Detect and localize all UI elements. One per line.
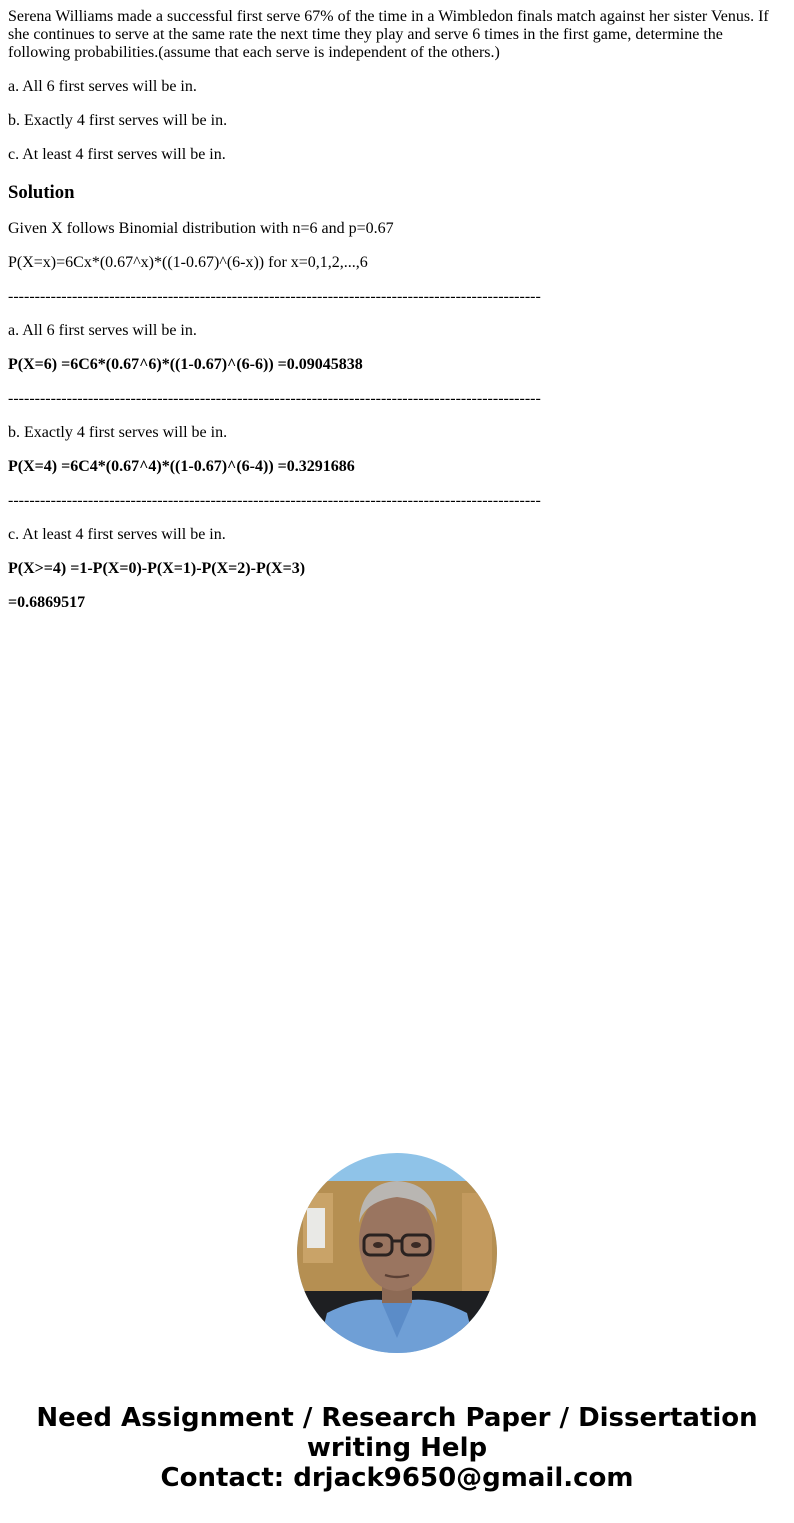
question-option-c: c. At least 4 first serves will be in. bbox=[8, 146, 786, 164]
part-c-answer-line2: =0.6869517 bbox=[8, 594, 786, 612]
part-b-label: b. Exactly 4 first serves will be in. bbox=[8, 424, 786, 442]
question-text: Serena Williams made a successful first … bbox=[8, 8, 786, 62]
part-c-label: c. At least 4 first serves will be in. bbox=[8, 526, 786, 544]
divider: ----------------------------------------… bbox=[8, 390, 786, 408]
part-b-answer: P(X=4) =6C4*(0.67^4)*((1-0.67)^(6-4)) =0… bbox=[8, 458, 786, 476]
portrait-icon bbox=[297, 1153, 497, 1353]
divider: ----------------------------------------… bbox=[8, 288, 786, 306]
promo-line-2: writing Help bbox=[0, 1433, 794, 1463]
document-content: Serena Williams made a successful first … bbox=[8, 0, 786, 612]
solution-heading: Solution bbox=[8, 182, 786, 204]
promo-banner: Need Assignment / Research Paper / Disse… bbox=[0, 1403, 794, 1493]
question-option-a: a. All 6 first serves will be in. bbox=[8, 78, 786, 96]
promo-contact: Contact: drjack9650@gmail.com bbox=[0, 1463, 794, 1493]
part-a-label: a. All 6 first serves will be in. bbox=[8, 322, 786, 340]
question-option-b: b. Exactly 4 first serves will be in. bbox=[8, 112, 786, 130]
promo-line-1: Need Assignment / Research Paper / Disse… bbox=[0, 1403, 794, 1433]
part-a-answer: P(X=6) =6C6*(0.67^6)*((1-0.67)^(6-6)) =0… bbox=[8, 356, 786, 374]
avatar bbox=[297, 1153, 497, 1353]
divider: ----------------------------------------… bbox=[8, 492, 786, 510]
part-c-answer-line1: P(X>=4) =1-P(X=0)-P(X=1)-P(X=2)-P(X=3) bbox=[8, 560, 786, 578]
solution-formula: P(X=x)=6Cx*(0.67^x)*((1-0.67)^(6-x)) for… bbox=[8, 254, 786, 272]
solution-given: Given X follows Binomial distribution wi… bbox=[8, 220, 786, 238]
